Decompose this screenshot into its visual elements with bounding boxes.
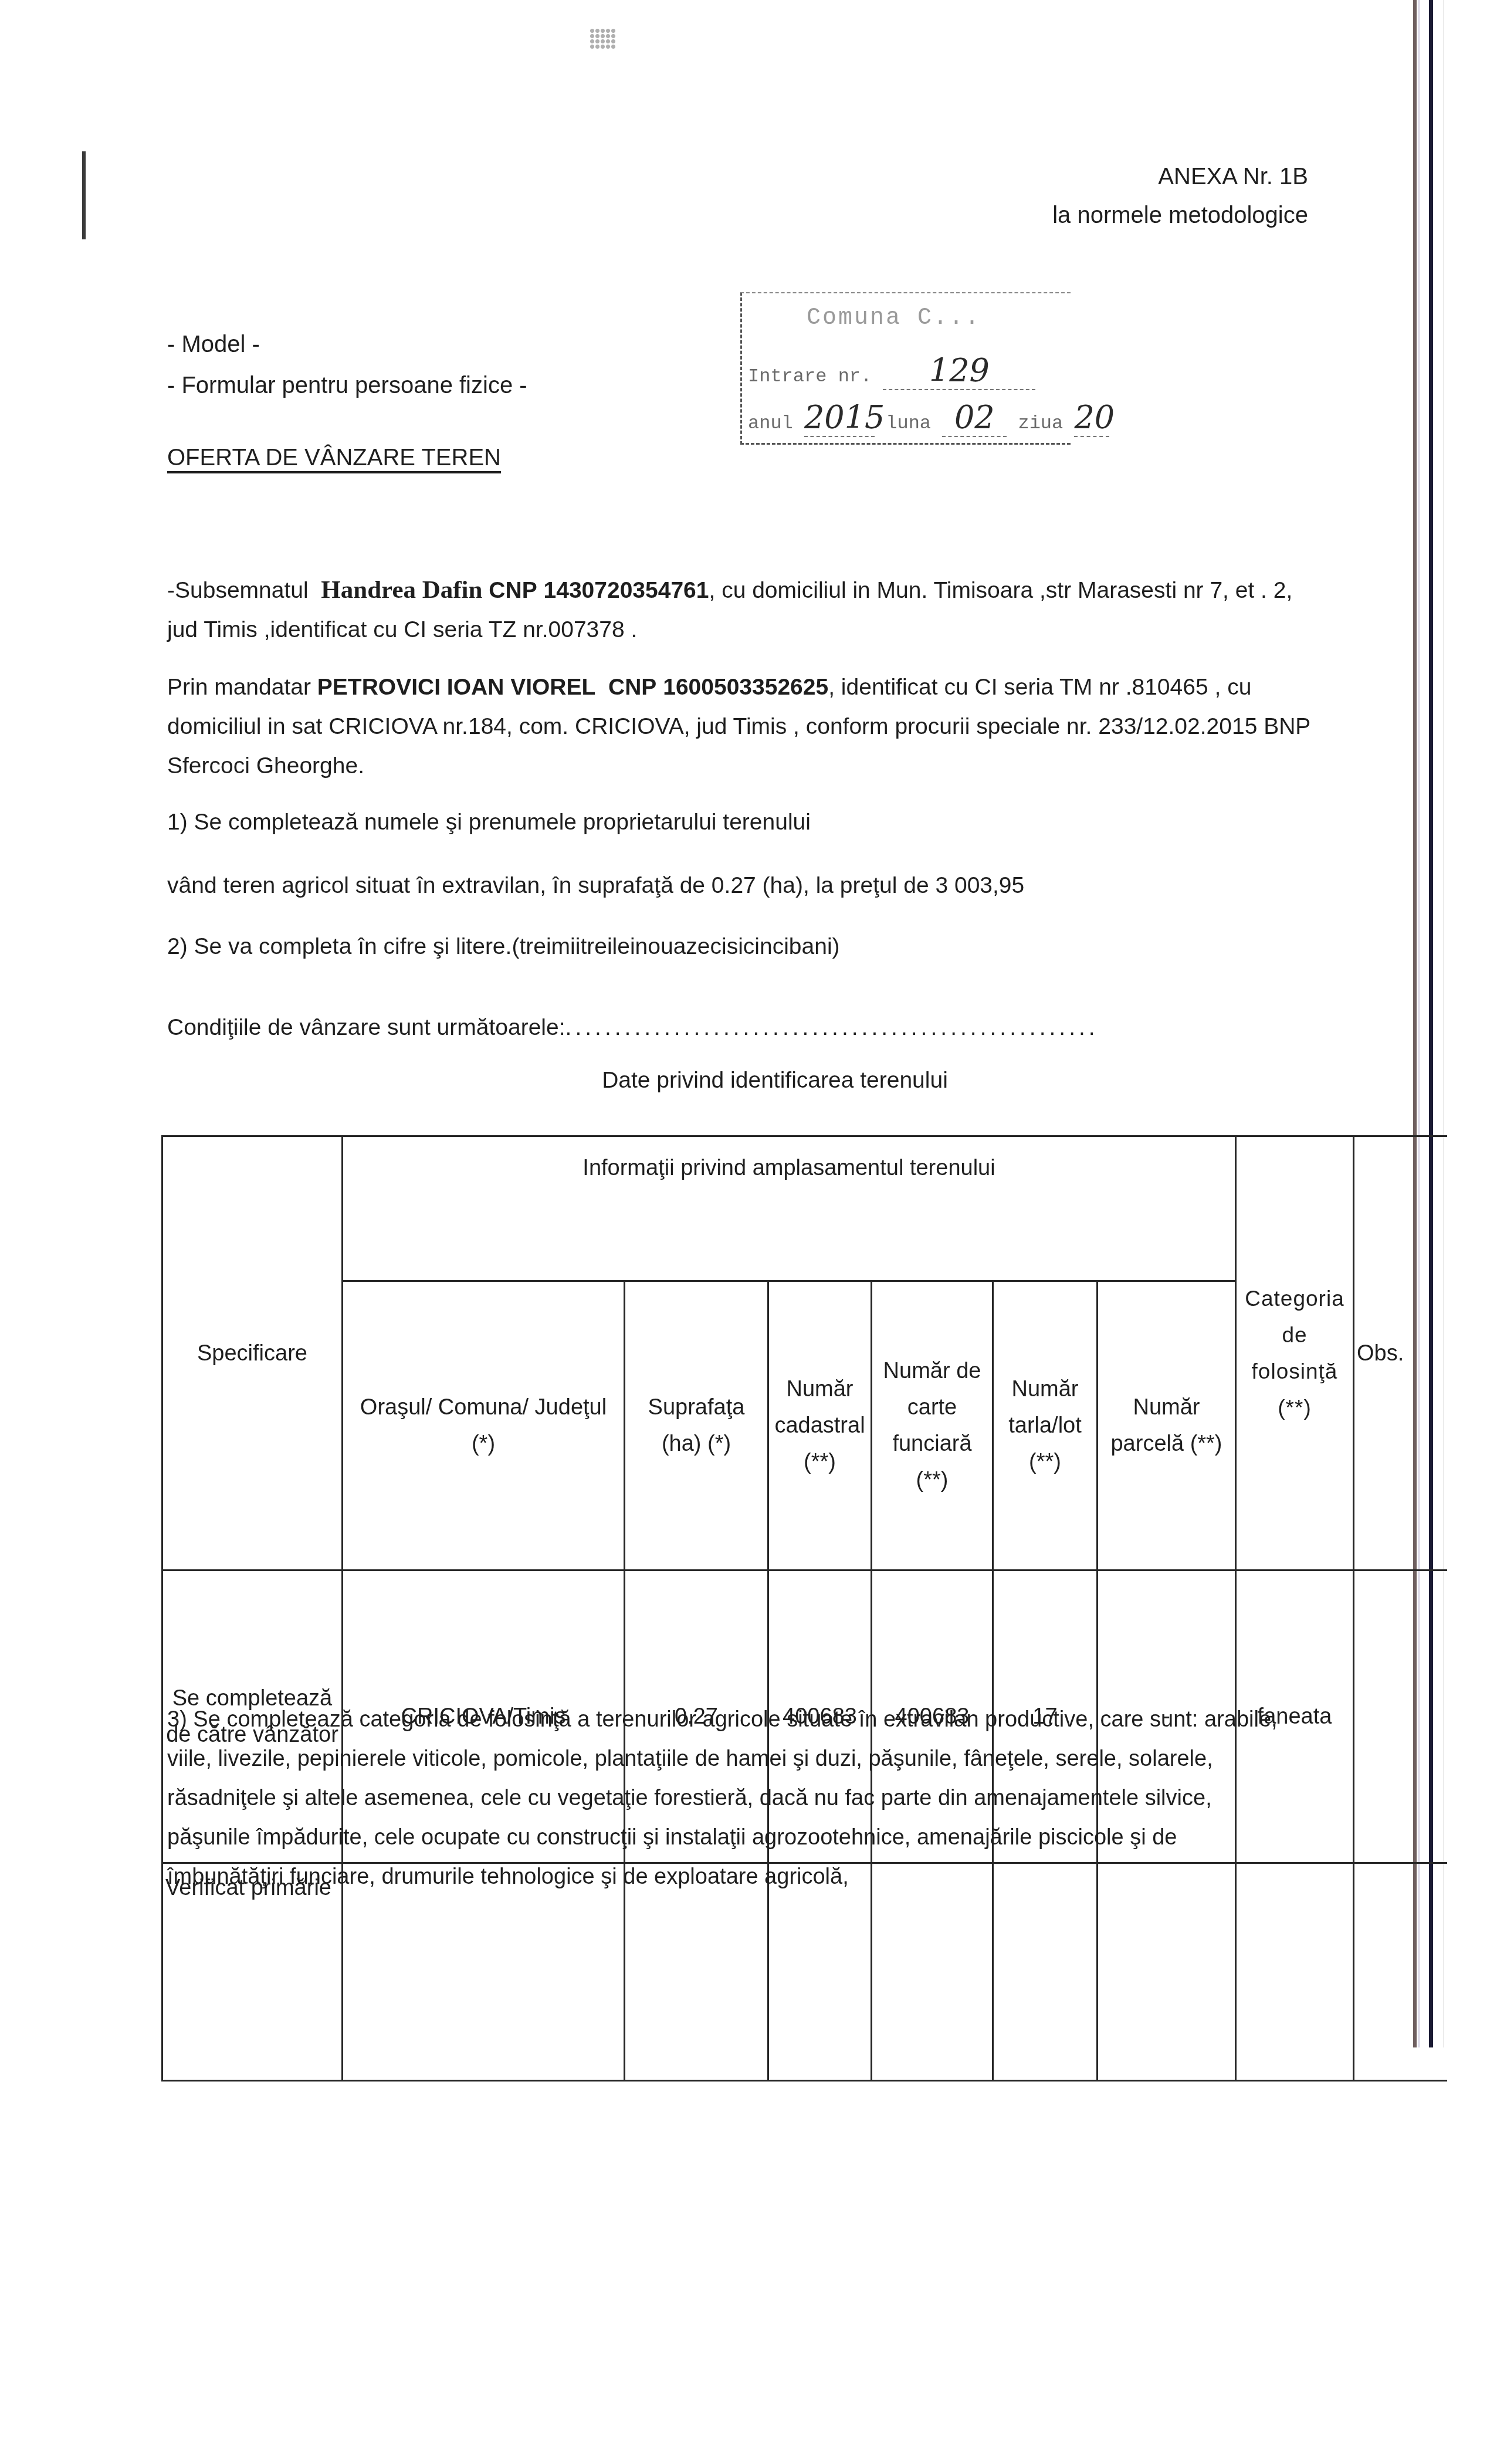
stamp-title: Comuna C...	[807, 305, 981, 331]
sale-conditions: Condiţiile de vânzare sunt următoarele:.…	[167, 1008, 1323, 1047]
header-category: Categoria de folosinţă (**)	[1236, 1136, 1354, 1571]
stamp-registration-number: 129	[929, 352, 990, 389]
note-2: 2) Se va completa în cifre şi litere.(tr…	[167, 927, 1323, 966]
conditions-label: Condiţiile de vânzare sunt următoarele:	[167, 1015, 565, 1040]
sale-statement: vând teren agricol situat în extravilan,…	[167, 866, 1323, 905]
owner-cnp-label: CNP	[489, 578, 537, 603]
form-model-block: - Model - - Formular pentru persoane fiz…	[167, 324, 527, 406]
header-obs: Obs.	[1354, 1136, 1448, 1571]
stamp-year-field: 2015	[804, 399, 875, 437]
mandate-paragraph: Prin mandatar PETROVICI IOAN VIOREL CNP …	[167, 668, 1323, 786]
header-location: Oraşul/ Comuna/ Judeţul (*)	[343, 1281, 625, 1571]
stamp-registration-label: Intrare nr.	[748, 365, 872, 387]
form-model: - Model -	[167, 324, 527, 365]
stamp-month: 02	[954, 399, 995, 436]
stamp-day-field: 20	[1074, 399, 1109, 437]
stamp-registration-field: 129	[883, 352, 1035, 390]
stamp-month-field: 02	[942, 399, 1007, 437]
header-cadastral: Număr cadastral (**)	[768, 1281, 872, 1571]
owner-cnp: 1430720354761	[544, 578, 709, 603]
table-group-header-row: Specificare Informaţii privind amplasame…	[162, 1136, 1448, 1281]
mandate-cnp: 1600503352625	[663, 675, 828, 700]
header-parcel: Număr parcelă (**)	[1098, 1281, 1236, 1571]
registration-stamp: Comuna C... Intrare nr. 129 anul 2015 lu…	[740, 292, 1071, 445]
table-caption: Date privind identificarea terenului	[0, 1068, 1497, 1094]
stamp-date-row: anul 2015 luna 02 ziua 20	[748, 399, 1109, 437]
page-title: OFERTA DE VÂNZARE TEREN	[167, 445, 501, 471]
stamp-registration-row: Intrare nr. 129	[748, 352, 1035, 390]
scan-margin-mark	[82, 151, 86, 239]
row-obs	[1354, 1863, 1448, 2081]
annex-number: ANEXA Nr. 1B	[1052, 157, 1308, 196]
annex-header: ANEXA Nr. 1B la normele metodologice	[1052, 157, 1308, 235]
mandate-intro: Prin mandatar	[167, 675, 311, 700]
form-type: - Formular pentru persoane fizice -	[167, 365, 527, 406]
conditions-value: ........................................…	[565, 1015, 1099, 1040]
mandate-name: PETROVICI IOAN VIOREL	[317, 675, 596, 700]
owner-name: Handrea Dafin	[321, 576, 482, 604]
stamp-day-label: ziua	[1018, 412, 1063, 434]
mandate-cnp-label: CNP	[608, 675, 656, 700]
header-spec: Specificare	[162, 1136, 343, 1571]
stamp-year-label: anul	[748, 412, 793, 434]
note-1: 1) Se completează numele şi prenumele pr…	[167, 803, 1323, 842]
stamp-day: 20	[1074, 399, 1115, 436]
stamp-month-label: luna	[886, 412, 931, 434]
land-identification-table: Specificare Informaţii privind amplasame…	[161, 1135, 1447, 2081]
note-3: 3) Se completează categoria de folosinţă…	[167, 1700, 1293, 1897]
annex-subtitle: la normele metodologice	[1052, 196, 1308, 235]
header-area: Suprafaţa (ha) (*)	[625, 1281, 768, 1571]
stamp-year: 2015	[804, 399, 885, 436]
owner-intro: -Subsemnatul	[167, 578, 309, 603]
header-group-location-info: Informaţii privind amplasamentul terenul…	[343, 1136, 1236, 1281]
owner-paragraph: -Subsemnatul Handrea Dafin CNP 143072035…	[167, 570, 1323, 649]
row-obs	[1354, 1571, 1448, 1863]
header-land-book: Număr de carte funciară (**)	[872, 1281, 993, 1571]
header-tarla: Număr tarla/lot (**)	[993, 1281, 1098, 1571]
scan-smudge	[590, 28, 616, 49]
